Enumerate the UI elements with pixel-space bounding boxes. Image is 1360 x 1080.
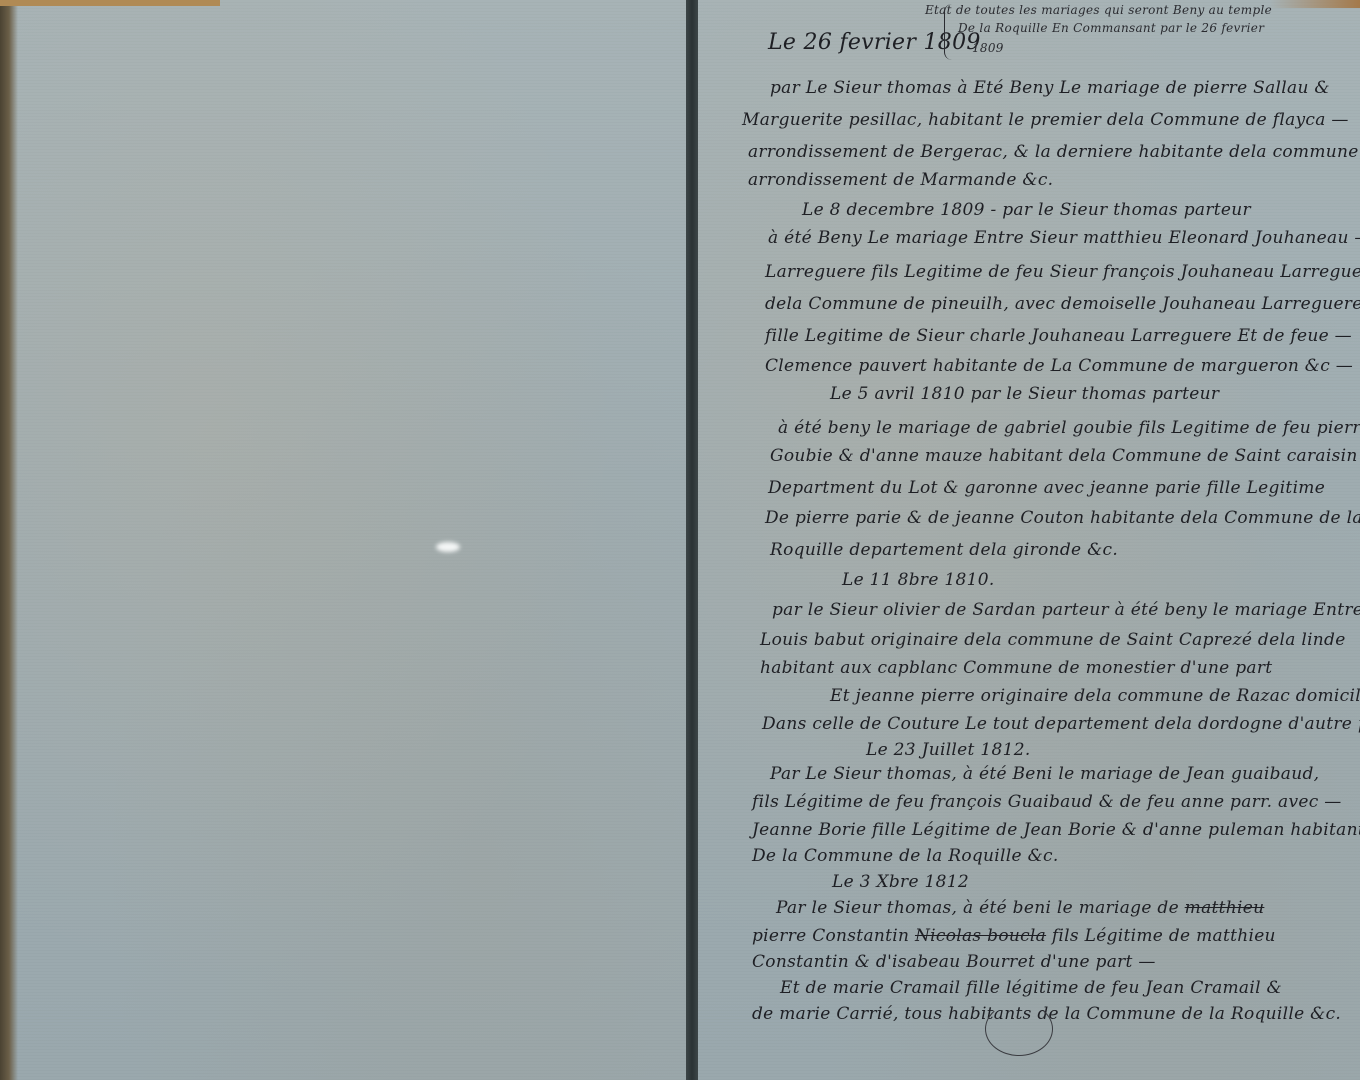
entry-date: Le 23 Juillet 1812. <box>866 740 1031 760</box>
entry-line: Marguerite pesillac, habitant le premier… <box>742 110 1349 130</box>
entry-line: De la Commune de la Roquille &c. <box>752 846 1059 866</box>
entry-line: arrondissement de Bergerac, & la dernier… <box>748 142 1360 162</box>
entry-line-text: fils Légitime de matthieu <box>1052 926 1276 946</box>
closing-flourish <box>985 1002 1053 1056</box>
entry-line: Dans celle de Couture Le tout departemen… <box>762 714 1360 734</box>
entry-line: Par le Sieur thomas, à été beni le maria… <box>776 898 1264 918</box>
entry-line: fille Legitime de Sieur charle Jouhaneau… <box>765 326 1352 346</box>
entry-line: Larreguere fils Legitime de feu Sieur fr… <box>765 262 1360 282</box>
entry-date: Le 11 8bre 1810. <box>842 570 995 590</box>
entry-date-text: Le 5 avril 1810 <box>830 384 965 404</box>
entry-line: Et de marie Cramail fille légitime de fe… <box>780 978 1282 998</box>
entry-date-suffix: - par le Sieur thomas parteur <box>990 200 1250 220</box>
struck-word: Nicolas boucla <box>915 926 1046 946</box>
entry-line: Louis babut originaire dela commune de S… <box>760 630 1346 650</box>
left-page-blank <box>0 0 686 1080</box>
entry-date-suffix: par le Sieur thomas parteur <box>971 384 1220 404</box>
entry-date: Le 3 Xbre 1812 <box>832 872 969 892</box>
entry-line: par Le Sieur thomas à Eté Beny Le mariag… <box>770 78 1330 98</box>
light-glare <box>436 542 460 552</box>
entry-line: Goubie & d'anne mauze habitant dela Comm… <box>770 446 1360 466</box>
entry-line: De pierre parie & de jeanne Couton habit… <box>765 508 1360 528</box>
entry-line: à été Beny Le mariage Entre Sieur matthi… <box>768 228 1360 248</box>
entry-date-text: Le 8 decembre 1809 <box>802 200 985 220</box>
entry-line: arrondissement de Marmande &c. <box>748 170 1053 190</box>
entry-line-text: Par le Sieur thomas, à été beni le maria… <box>776 898 1179 918</box>
entry-line: dela Commune de pineuilh, avec demoisell… <box>765 294 1360 314</box>
entry-line: Jeanne Borie fille Légitime de Jean Bori… <box>752 820 1360 840</box>
struck-word: matthieu <box>1185 898 1265 918</box>
entry-line: Et jeanne pierre originaire dela commune… <box>830 686 1360 706</box>
entry-line-text: pierre Constantin <box>752 926 909 946</box>
entry-line: par le Sieur olivier de Sardan parteur à… <box>772 600 1360 620</box>
entry-line: Department du Lot & garonne avec jeanne … <box>768 478 1325 498</box>
entry-line: pierre Constantin Nicolas boucla fils Lé… <box>752 926 1276 946</box>
entry-line: Clemence pauvert habitante de La Commune… <box>765 356 1353 376</box>
margin-note-line: 1809 <box>972 40 1004 56</box>
entry-line: fils Légitime de feu françois Guaibaud &… <box>752 792 1342 812</box>
book-binding-gutter <box>686 0 698 1080</box>
book-spread: Le 26 fevrier 1809 Etat de toutes les ma… <box>0 0 1360 1080</box>
entry-line: Constantin & d'isabeau Bourret d'une par… <box>752 952 1156 972</box>
entry-date: Le 5 avril 1810 par le Sieur thomas part… <box>830 384 1219 404</box>
entry-line: habitant aux capblanc Commune de monesti… <box>760 658 1272 678</box>
entry-line: à été beny le mariage de gabriel goubie … <box>778 418 1360 438</box>
margin-note-line: Etat de toutes les mariages qui seront B… <box>925 2 1272 18</box>
entry-line: Roquille departement dela gironde &c. <box>770 540 1118 560</box>
entry-date: Le 8 decembre 1809 - par le Sieur thomas… <box>802 200 1251 220</box>
entry-line: Par Le Sieur thomas, à été Beni le maria… <box>770 764 1319 784</box>
margin-note-line: De la Roquille En Commansant par le 26 f… <box>958 20 1264 36</box>
